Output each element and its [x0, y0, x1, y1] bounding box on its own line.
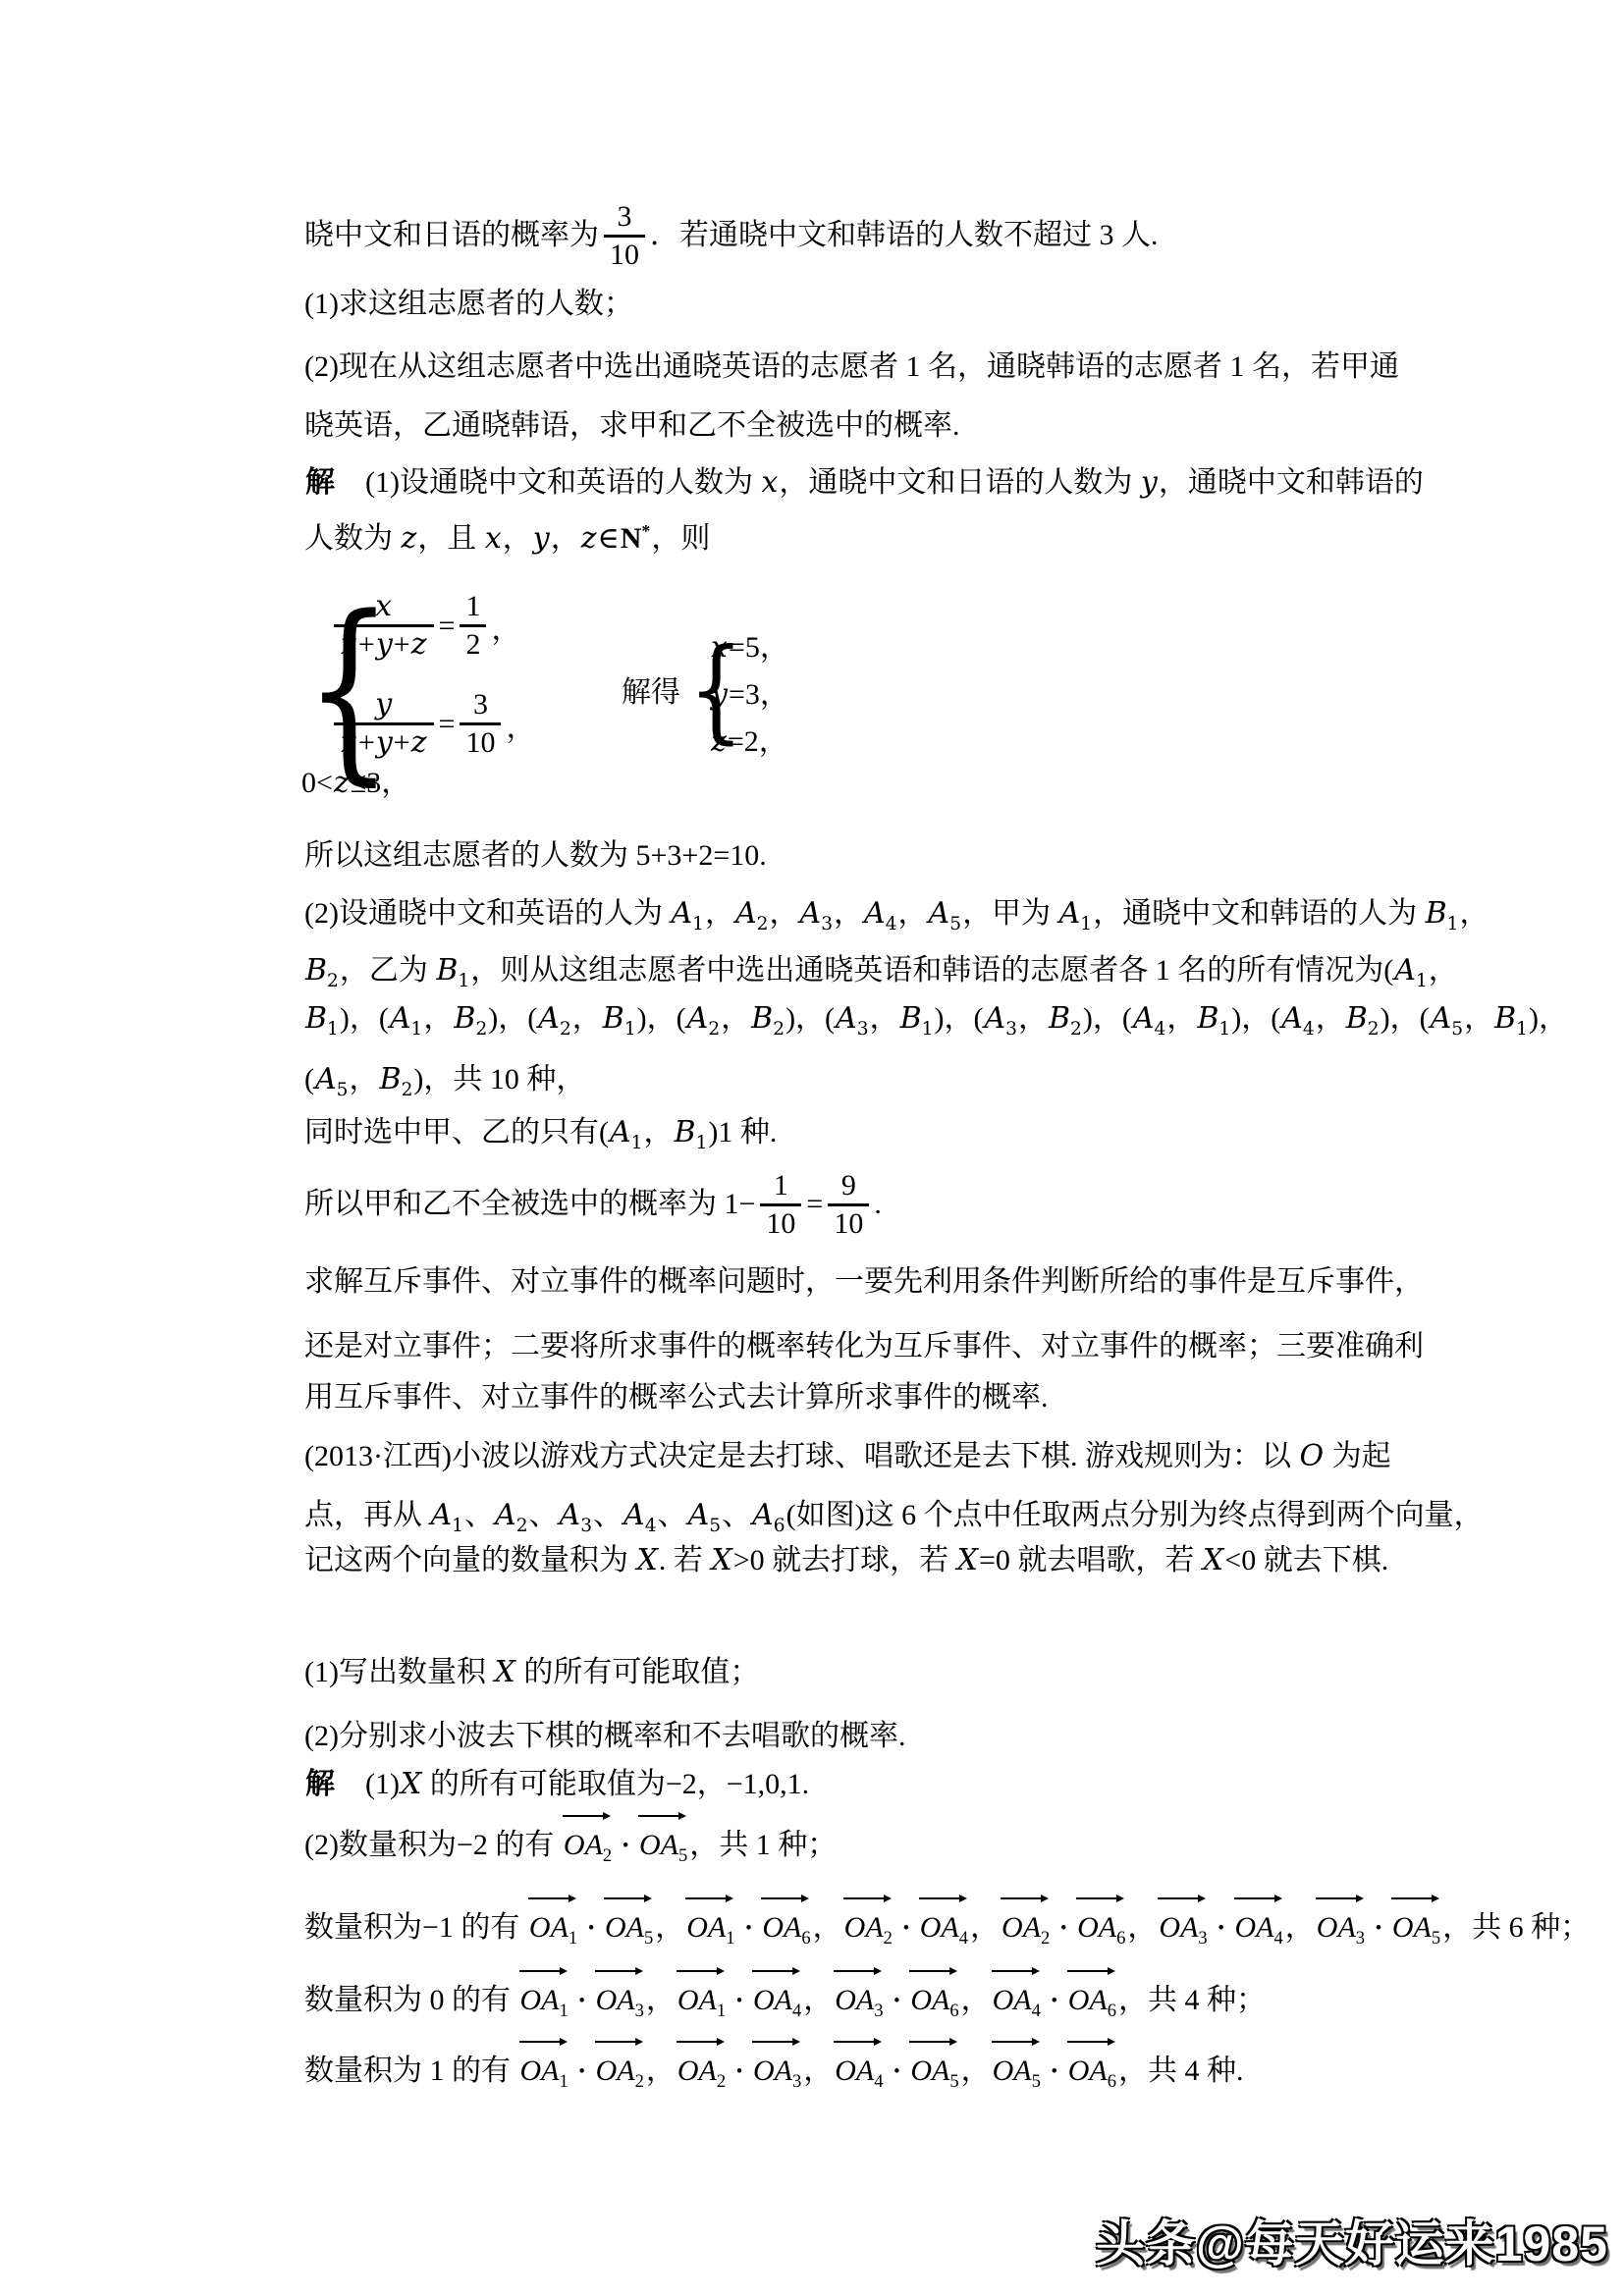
- math-var: B2: [750, 1001, 785, 1036]
- dot-operator-icon: •: [1218, 1918, 1224, 1937]
- doc-line-7: 所以这组志愿者的人数为 5+3+2=10.: [304, 835, 767, 877]
- system-of-equations: { xx+y+z=12， yx+y+z=310， 0<z≤3， 解得 { x=5…: [288, 585, 975, 816]
- math-var: A3: [559, 1498, 594, 1532]
- fraction-denominator: x+y+z: [334, 624, 434, 663]
- vector-arrow-icon: [595, 2041, 641, 2043]
- math-var: x: [374, 589, 393, 623]
- math-var: B1: [1493, 1001, 1529, 1036]
- doc-line-17: (2013·江西)小波以游戏方式决定是去打球、唱歌还是去下棋. 游戏规则为：以 …: [304, 1436, 1391, 1477]
- math-var: B1: [1425, 896, 1460, 931]
- fraction-denominator: 2: [460, 624, 486, 663]
- bold-term: N*: [620, 522, 652, 555]
- fraction: yx+y+z: [334, 687, 434, 761]
- vector-OA2: OA2: [596, 2051, 644, 2092]
- vector-arrow-icon: [563, 1815, 609, 1817]
- vector-arrow-icon: [1316, 1897, 1362, 1899]
- vector-arrow-icon: [1067, 2041, 1113, 2043]
- math-var: X: [1202, 1543, 1224, 1577]
- doc-line-16: 用互斥事件、对立事件的概率公式去计算所求事件的概率.: [304, 1377, 1049, 1418]
- math-var: z: [580, 521, 598, 556]
- math-var: X: [493, 1655, 515, 1689]
- math-var: X: [636, 1543, 659, 1577]
- vector-arrow-icon: [761, 1897, 807, 1899]
- math-var: A5: [1430, 1001, 1465, 1036]
- doc-line-10: B1)，(A1，B2)，(A2，B1)，(A2，B2)，(A3，B1)，(A3，…: [304, 998, 1568, 1040]
- vector-arrow-icon: [638, 1815, 684, 1817]
- doc-line-19: 记这两个向量的数量积为 X. 若 X>0 就去打球，若 X=0 就去唱歌，若 X…: [304, 1540, 1388, 1581]
- doc-line-15: 还是对立事件；二要将所求事件的概率转化为互斥事件、对立事件的概率；三要准确利: [304, 1326, 1424, 1367]
- doc-line-25: 数量积为 0 的有 OA1•OA3，OA1•OA4，OA3•OA6，OA4•OA…: [304, 1980, 1266, 2021]
- doc-line-8: (2)设通晓中文和英语的人为 A1，A2，A3，A4，A5，甲为 A1，通晓中文…: [304, 893, 1489, 934]
- math-var: y: [710, 677, 729, 712]
- dot-operator-icon: •: [894, 2061, 900, 2080]
- vector-arrow-icon: [919, 1897, 965, 1899]
- dot-operator-icon: •: [736, 1991, 742, 2009]
- fraction-numerator: 9: [836, 1168, 862, 1203]
- vector-OA4: OA4: [1235, 1907, 1283, 1949]
- math-var: B2: [1345, 1001, 1380, 1036]
- math-var: x: [340, 627, 358, 662]
- vector-arrow-icon: [604, 1897, 650, 1899]
- watermark: 头条@每天好运来1985: [1096, 2205, 1608, 2275]
- math-var: z: [333, 766, 351, 801]
- math-var: A4: [623, 1498, 658, 1532]
- fraction: 110: [760, 1168, 801, 1242]
- fraction: xx+y+z: [334, 589, 434, 663]
- vector-arrow-icon: [752, 2041, 798, 2043]
- vector-arrow-icon: [834, 2041, 880, 2043]
- solution-y: y=3，: [710, 678, 789, 712]
- dot-operator-icon: •: [894, 1991, 900, 2009]
- vector-OA6: OA6: [1068, 2051, 1116, 2092]
- math-var: A2: [494, 1498, 529, 1532]
- fraction-denominator: 10: [760, 1203, 801, 1242]
- document-page: 晓中文和日语的概率为310．若通晓中文和韩语的人数不超过 3 人.(1)求这组志…: [0, 0, 1624, 2296]
- fraction: 12: [460, 589, 486, 663]
- doc-line-13: 所以甲和乙不全被选中的概率为 1−110=910.: [304, 1160, 882, 1249]
- solution-x: x=5，: [710, 631, 789, 665]
- doc-line-5: 解 (1)设通晓中文和英语的人数为 x，通晓中文和日语的人数为 y，通晓中文和韩…: [304, 462, 1424, 504]
- doc-line-22: 解 (1)X 的所有可能取值为−2，−1,0,1.: [304, 1764, 809, 1805]
- equation-1: xx+y+z=12，: [329, 589, 520, 663]
- math-var: B1: [304, 1001, 340, 1036]
- vector-OA5: OA5: [1392, 1907, 1440, 1949]
- fraction-numerator: y: [368, 687, 399, 722]
- dot-operator-icon: •: [623, 1836, 628, 1854]
- math-var: O: [1298, 1439, 1325, 1473]
- vector-OA2: OA2: [677, 2051, 726, 2092]
- vector-OA3: OA3: [835, 1980, 883, 2021]
- doc-line-4: 晓英语，乙通晓韩语，求甲和乙不全被选中的概率.: [304, 405, 960, 447]
- fraction: 910: [828, 1168, 869, 1242]
- vector-OA3: OA3: [1159, 1907, 1207, 1949]
- doc-line-9: B2，乙为 B1，则从这组志愿者中选出通晓英语和韩语的志愿者各 1 名的所有情况…: [304, 950, 1458, 991]
- vector-OA3: OA3: [753, 2051, 801, 2092]
- vector-OA3: OA3: [596, 1980, 644, 2021]
- math-var: A4: [1132, 1001, 1167, 1036]
- math-var: X: [400, 1767, 422, 1801]
- vector-arrow-icon: [1067, 1970, 1113, 1972]
- math-var: B1: [435, 953, 470, 988]
- vector-arrow-icon: [519, 2041, 566, 2043]
- vector-arrow-icon: [992, 2041, 1038, 2043]
- math-var: y: [375, 627, 394, 662]
- vector-arrow-icon: [685, 1897, 731, 1899]
- vector-OA1: OA1: [520, 1980, 568, 2021]
- fraction-denominator: 10: [604, 235, 645, 273]
- doc-line-1: 晓中文和日语的概率为310．若通晓中文和韩语的人数不超过 3 人.: [304, 191, 1159, 280]
- math-var: x: [340, 725, 358, 760]
- vector-arrow-icon: [1001, 1897, 1047, 1899]
- math-var: X: [956, 1543, 979, 1577]
- math-var: A2: [686, 1001, 722, 1036]
- math-var: x: [710, 630, 729, 665]
- math-var: A3: [983, 1001, 1018, 1036]
- vector-OA1: OA1: [520, 2051, 568, 2092]
- vector-OA4: OA4: [835, 2051, 883, 2092]
- fraction: 310: [460, 687, 501, 761]
- fraction-numerator: 3: [612, 199, 638, 235]
- math-var: A3: [835, 1001, 870, 1036]
- fraction-numerator: 1: [460, 589, 486, 624]
- math-var: B2: [379, 1062, 414, 1096]
- fraction: 310: [604, 199, 645, 273]
- vector-OA5: OA5: [605, 1907, 653, 1949]
- fraction-numerator: x: [368, 589, 399, 624]
- vector-arrow-icon: [528, 1897, 574, 1899]
- dot-operator-icon: •: [579, 1991, 585, 2009]
- vector-OA6: OA6: [762, 1907, 810, 1949]
- math-var: A5: [928, 896, 963, 931]
- doc-line-2: (1)求这组志愿者的人数；: [304, 284, 633, 325]
- math-var: x: [484, 521, 503, 556]
- math-var: X: [710, 1543, 732, 1577]
- vector-OA6: OA6: [1077, 1907, 1125, 1949]
- doc-line-23: (2)数量积为−2 的有 OA2•OA5，共 1 种；: [304, 1825, 837, 1866]
- fraction-denominator: 10: [828, 1203, 869, 1242]
- solve-label: 解得: [622, 673, 680, 713]
- vector-arrow-icon: [677, 2041, 723, 2043]
- doc-line-24: 数量积为−1 的有 OA1•OA5，OA1•OA6，OA2•OA4，OA2•OA…: [304, 1907, 1590, 1949]
- math-var: B1: [674, 1115, 709, 1149]
- fraction-denominator: x+y+z: [334, 722, 434, 761]
- math-var: y: [374, 687, 393, 721]
- fraction-numerator: 3: [467, 687, 494, 722]
- math-var: y: [375, 725, 394, 760]
- vector-OA5: OA5: [910, 2051, 958, 2092]
- math-var: A1: [430, 1498, 465, 1532]
- dot-operator-icon: •: [1052, 2061, 1057, 2080]
- vector-arrow-icon: [595, 1970, 641, 1972]
- vector-OA2: OA2: [844, 1907, 893, 1949]
- math-var: z: [401, 521, 418, 556]
- math-var: z: [710, 724, 728, 759]
- math-var: x: [760, 465, 779, 500]
- dot-operator-icon: •: [903, 1918, 909, 1937]
- doc-line-18: 点，再从 A1、A2、A3、A4、A5、A6(如图)这 6 个点中任取两点分别为…: [304, 1495, 1484, 1536]
- doc-line-3: (2)现在从这组志愿者中选出通晓英语的志愿者 1 名，通晓韩语的志愿者 1 名，…: [304, 347, 1399, 388]
- math-var: A1: [1393, 953, 1429, 988]
- math-var: A4: [1280, 1001, 1316, 1036]
- math-var: A4: [863, 896, 898, 931]
- vector-OA5: OA5: [639, 1825, 687, 1866]
- vector-arrow-icon: [519, 1970, 566, 1972]
- dot-operator-icon: •: [588, 1918, 594, 1937]
- math-var: B1: [1196, 1001, 1231, 1036]
- math-var: z: [410, 627, 428, 662]
- math-var: A1: [670, 896, 705, 931]
- fraction-denominator: 10: [460, 722, 501, 761]
- vector-OA4: OA4: [993, 1980, 1041, 2021]
- vector-arrow-icon: [752, 1970, 798, 1972]
- vector-arrow-icon: [1158, 1897, 1204, 1899]
- fraction-numerator: 1: [768, 1168, 794, 1203]
- dot-operator-icon: •: [746, 1918, 752, 1937]
- vector-OA1: OA1: [529, 1907, 577, 1949]
- doc-line-12: 同时选中甲、乙的只有(A1，B1)1 种.: [304, 1112, 777, 1153]
- math-var: B2: [304, 953, 340, 988]
- vector-OA1: OA1: [677, 1980, 726, 2021]
- vector-arrow-icon: [843, 1897, 890, 1899]
- bold-term: 解: [304, 466, 336, 499]
- math-var: A1: [389, 1001, 424, 1036]
- doc-line-14: 求解互斥事件、对立事件的概率问题时，一要先利用条件判断所给的事件是互斥事件，: [304, 1261, 1424, 1303]
- solution-z: z=2，: [710, 725, 788, 759]
- doc-line-20: (1)写出数量积 X 的所有可能取值；: [304, 1652, 759, 1693]
- dot-operator-icon: •: [1052, 1991, 1057, 2009]
- doc-line-6: 人数为 z，且 x，y，z∈N*，则: [304, 518, 710, 560]
- vector-OA1: OA1: [686, 1907, 734, 1949]
- vector-OA2: OA2: [1001, 1907, 1050, 1949]
- math-var: B1: [899, 1001, 935, 1036]
- math-var: A1: [1058, 896, 1094, 931]
- doc-line-21: (2)分别求小波去下棋的概率和不去唱歌的概率.: [304, 1716, 905, 1757]
- dot-operator-icon: •: [579, 2061, 585, 2080]
- vector-OA6: OA6: [910, 1980, 958, 2021]
- equation-constraint: 0<z≤3，: [301, 766, 410, 801]
- vector-arrow-icon: [1076, 1897, 1122, 1899]
- vector-arrow-icon: [909, 1970, 955, 1972]
- bold-term: 解: [304, 1768, 336, 1800]
- math-var: B2: [453, 1001, 488, 1036]
- doc-line-26: 数量积为 1 的有 OA1•OA2，OA2•OA3，OA4•OA5，OA5•OA…: [304, 2051, 1244, 2092]
- math-var: A6: [751, 1498, 786, 1532]
- dot-operator-icon: •: [736, 2061, 742, 2080]
- vector-arrow-icon: [1391, 1897, 1437, 1899]
- vector-OA4: OA4: [920, 1907, 968, 1949]
- vector-arrow-icon: [834, 1970, 880, 1972]
- math-var: z: [410, 725, 428, 760]
- vector-arrow-icon: [1234, 1897, 1280, 1899]
- math-var: A2: [537, 1001, 572, 1036]
- vector-arrow-icon: [677, 1970, 723, 1972]
- math-var: A2: [734, 896, 770, 931]
- vector-OA5: OA5: [993, 2051, 1041, 2092]
- equation-2: yx+y+z=310，: [329, 687, 535, 761]
- math-var: A3: [799, 896, 835, 931]
- vector-OA6: OA6: [1068, 1980, 1116, 2021]
- doc-line-11: (A5，B2)，共 10 种，: [304, 1059, 585, 1100]
- math-var: y: [532, 521, 551, 556]
- vector-arrow-icon: [909, 2041, 955, 2043]
- math-var: A1: [609, 1115, 644, 1149]
- vector-OA3: OA3: [1317, 1907, 1365, 1949]
- math-var: B2: [1048, 1001, 1083, 1036]
- dot-operator-icon: •: [1060, 1918, 1066, 1937]
- math-var: y: [1140, 465, 1159, 500]
- math-var: B1: [602, 1001, 637, 1036]
- dot-operator-icon: •: [1376, 1918, 1381, 1937]
- math-var: A5: [314, 1062, 350, 1096]
- math-var: A5: [687, 1498, 723, 1532]
- vector-OA4: OA4: [753, 1980, 801, 2021]
- vector-arrow-icon: [992, 1970, 1038, 1972]
- vector-OA2: OA2: [564, 1825, 612, 1866]
